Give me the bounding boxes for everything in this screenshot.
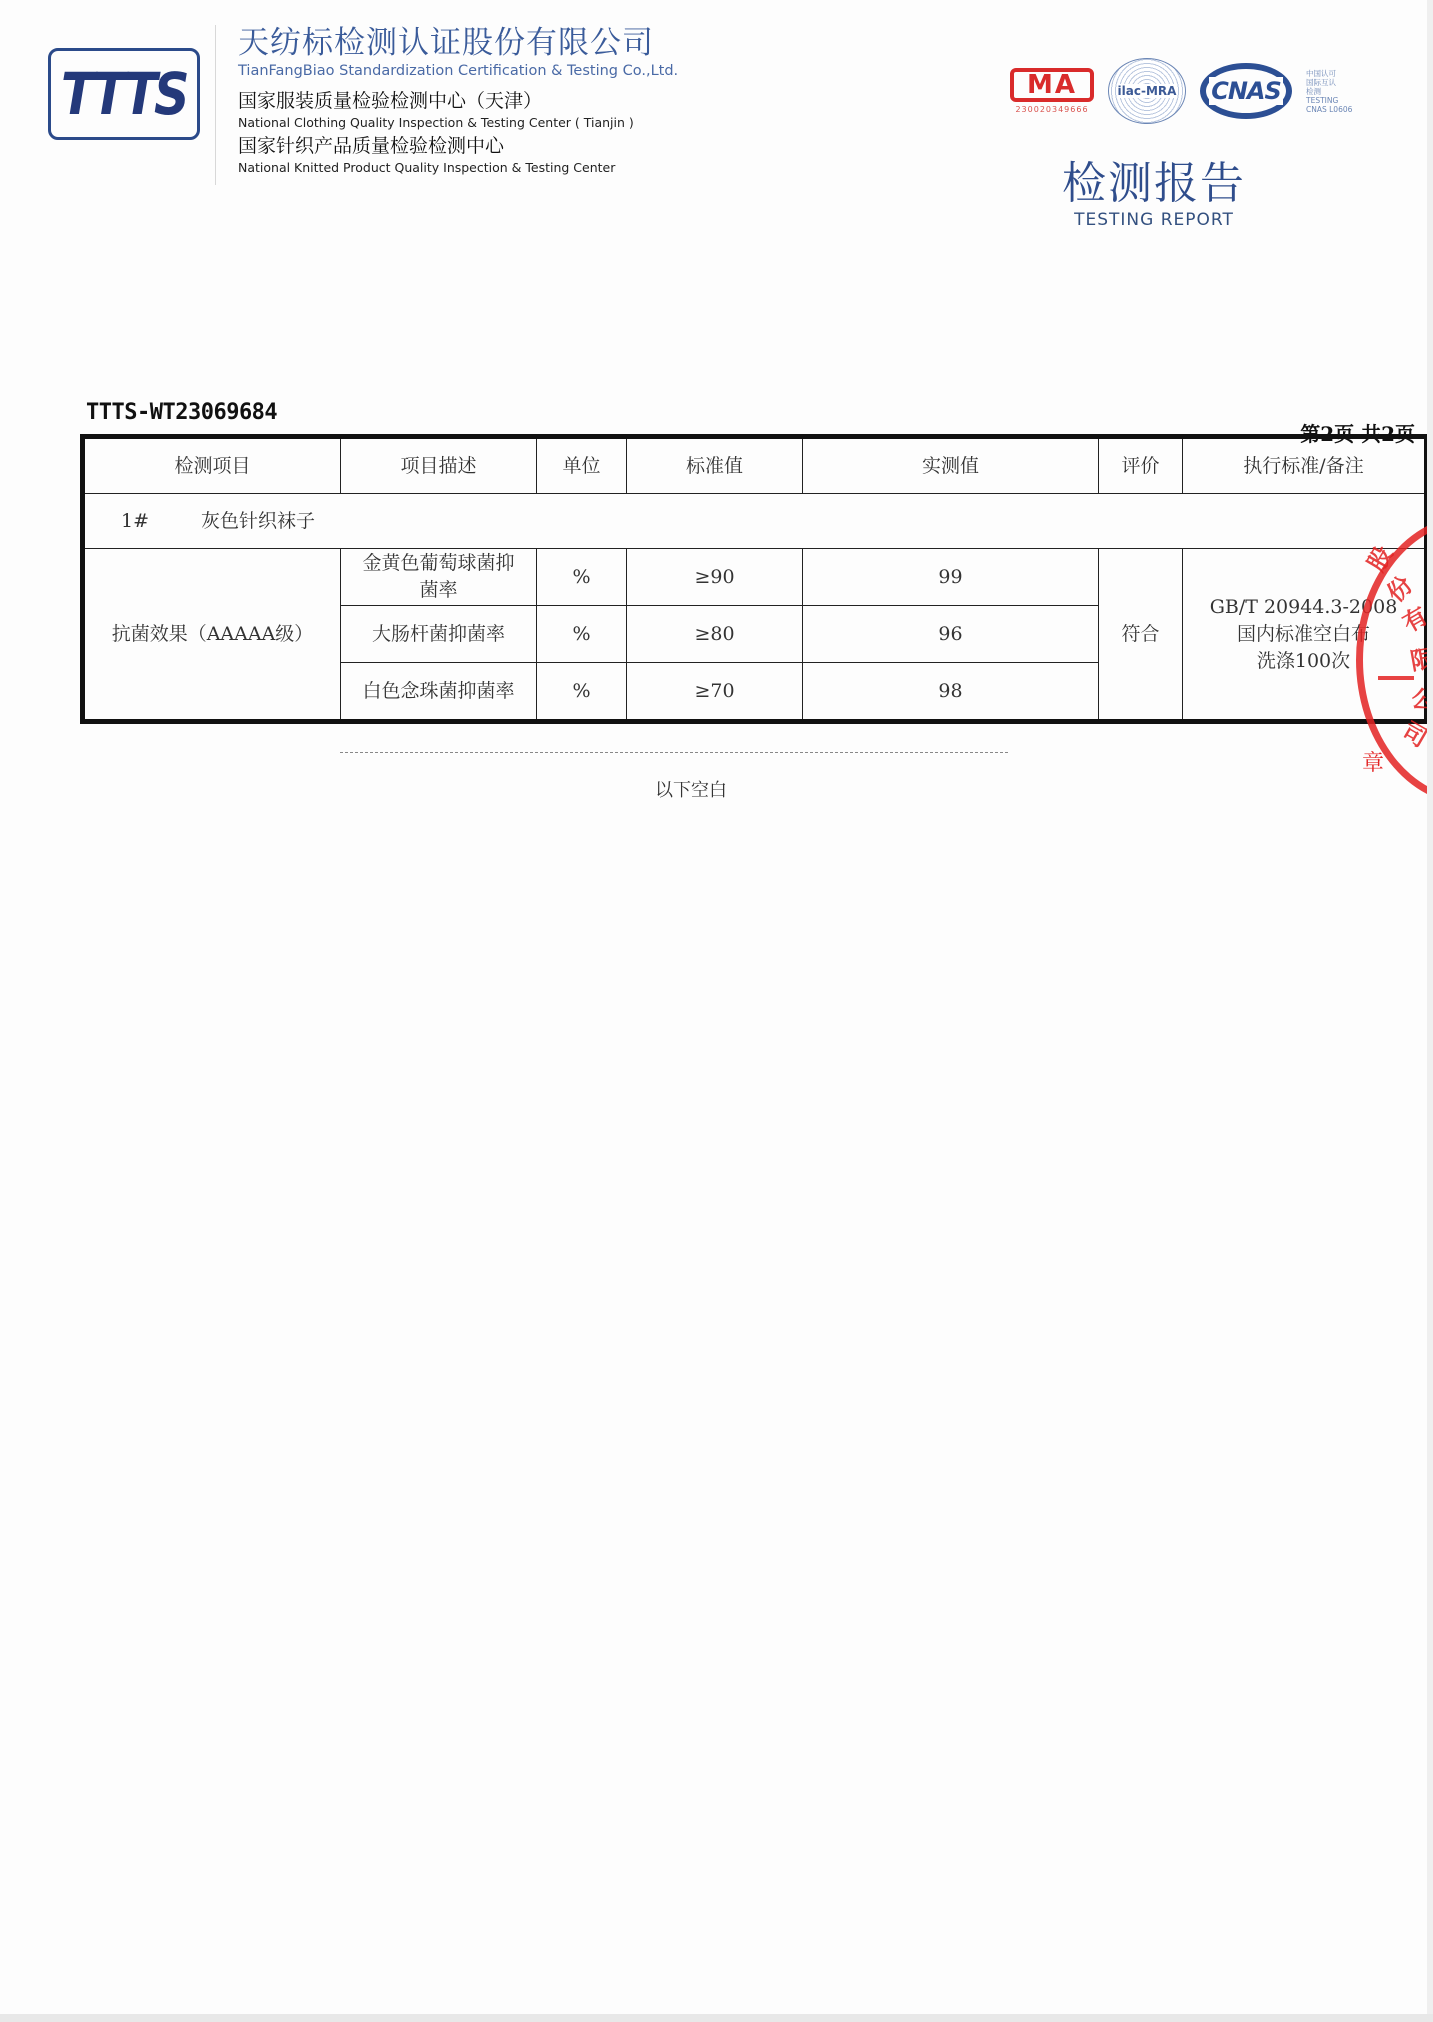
row-measured: 98 [803, 663, 1099, 722]
certification-logos: MA 230020349666 ilac-MRA CNAS 中国认可 国际互认 … [1010, 58, 1352, 124]
header-divider [215, 25, 216, 185]
center2-name-en: National Knitted Product Quality Inspect… [238, 159, 678, 176]
row-measured: 99 [803, 549, 1099, 606]
cnas-icon: CNAS [1200, 63, 1292, 119]
scan-edge [1427, 0, 1433, 2022]
cnas-accreditation-text: 中国认可 国际互认 检测 TESTING CNAS L0606 [1306, 69, 1352, 114]
row-standard: ≥80 [627, 606, 803, 663]
header-evaluation: 评价 [1099, 437, 1183, 494]
sample-name: 灰色针织袜子 [201, 508, 315, 535]
logo-text: TTTS [61, 60, 186, 128]
blank-note: 以下空白 [655, 776, 727, 802]
row-standard: ≥70 [627, 663, 803, 722]
row-description: 金黄色葡萄球菌抑菌率 [341, 549, 537, 606]
center1-name-en: National Clothing Quality Inspection & T… [238, 114, 678, 131]
report-title: 检测报告 TESTING REPORT [1062, 158, 1246, 230]
stamp-dash [1378, 676, 1414, 680]
scan-edge [0, 2014, 1433, 2022]
cma-number: 230020349666 [1015, 105, 1088, 114]
row-unit: % [537, 663, 627, 722]
sample-row: 1# 灰色针织袜子 [83, 494, 1427, 549]
header-test-item: 检测项目 [83, 437, 341, 494]
row-standard: ≥90 [627, 549, 803, 606]
evaluation-cell: 符合 [1099, 549, 1183, 722]
table-header-row: 检测项目 项目描述 单位 标准值 实测值 评价 执行标准/备注 [83, 437, 1427, 494]
header-remark: 执行标准/备注 [1183, 437, 1427, 494]
company-info: 天纺标检测认证股份有限公司 TianFangBiao Standardizati… [238, 24, 678, 176]
company-name-cn: 天纺标检测认证股份有限公司 [238, 24, 678, 62]
ilac-mra-icon: ilac-MRA [1108, 58, 1186, 124]
header-description: 项目描述 [341, 437, 537, 494]
row-measured: 96 [803, 606, 1099, 663]
sample-number: 1# [121, 508, 201, 535]
cma-icon: MA [1010, 68, 1094, 102]
company-name-en: TianFangBiao Standardization Certificati… [238, 62, 678, 80]
report-title-cn: 检测报告 [1062, 158, 1246, 210]
row-unit: % [537, 606, 627, 663]
cma-mark: MA 230020349666 [1010, 68, 1094, 114]
stamp-foot-text: 章 [1362, 746, 1384, 777]
center2-name-cn: 国家针织产品质量检验检测中心 [238, 133, 678, 159]
row-unit: % [537, 549, 627, 606]
report-title-en: TESTING REPORT [1062, 210, 1246, 230]
header-standard: 标准值 [627, 437, 803, 494]
table-row: 抗菌效果（AAAAA级） 金黄色葡萄球菌抑菌率 % ≥90 99 符合 GB/T… [83, 549, 1427, 606]
row-description: 大肠杆菌抑菌率 [341, 606, 537, 663]
row-description: 白色念珠菌抑菌率 [341, 663, 537, 722]
results-table: 检测项目 项目描述 单位 标准值 实测值 评价 执行标准/备注 1# 灰色针织袜… [80, 434, 1429, 724]
ttts-logo: TTTS [48, 48, 200, 140]
report-number: TTTS-WT23069684 [86, 400, 277, 425]
sample-cell: 1# 灰色针织袜子 [83, 494, 1427, 549]
header-measured: 实测值 [803, 437, 1099, 494]
center1-name-cn: 国家服装质量检验检测中心（天津） [238, 88, 678, 114]
group-item: 抗菌效果（AAAAA级） [83, 549, 341, 722]
end-divider [340, 752, 1008, 753]
header-unit: 单位 [537, 437, 627, 494]
